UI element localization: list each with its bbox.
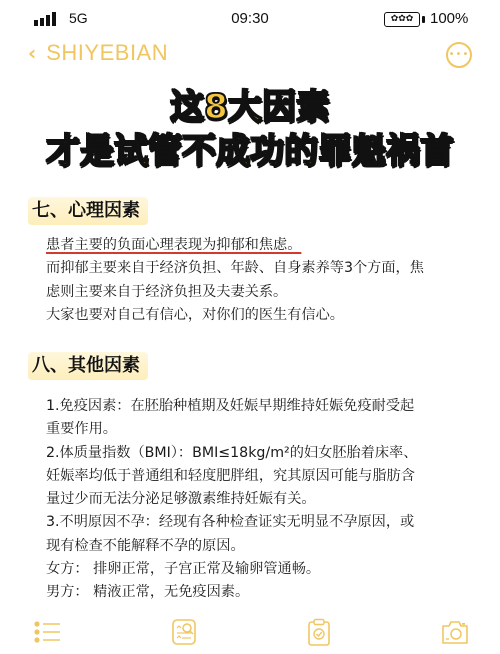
battery-icon: ✿✿✿ — [384, 12, 420, 27]
section-body-other: 1.免疫因素：在胚胎种植期及妊娠早期维持妊娠免疫耐受起 重要作用。 2.体质量指… — [46, 395, 466, 605]
camera-button[interactable] — [440, 618, 470, 646]
section-heading-psychological: 七、心理因素 — [28, 197, 148, 225]
clipboard-check-button[interactable] — [305, 618, 335, 646]
search-note-icon — [170, 618, 200, 646]
search-note-button[interactable] — [170, 618, 200, 646]
nav-title: SHIYEBIAN — [46, 40, 168, 66]
battery-percent: 100% — [430, 10, 468, 27]
status-bar: 5G 09:30 ✿✿✿ 100% — [0, 0, 500, 38]
text-line: 妊娠率均低于普通组和轻度肥胖组，究其原因可能与脂肪含 — [46, 465, 466, 488]
back-button[interactable]: ‹ SHIYEBIAN — [28, 40, 168, 66]
section-body-psychological: 患者主要的负面心理表现为抑郁和焦虑。 而抑郁主要来自于经济负担、年龄、自身素养等… — [46, 234, 466, 327]
more-button[interactable]: ••• — [446, 42, 472, 68]
text-line: 重要作用。 — [46, 418, 466, 441]
highlighted-line: 患者主要的负面心理表现为抑郁和焦虑。 — [46, 234, 466, 257]
text-line: 大家也要对自己有信心，对你们的医生有信心。 — [46, 304, 466, 327]
headline-line-2: 才是试管不成功的罪魁祸首 — [0, 129, 500, 173]
headline-line-1: 这8大因素 — [0, 85, 500, 129]
text-line: 现有检查不能解释不孕的原因。 — [46, 535, 466, 558]
text-line: 3.不明原因不孕：经现有各种检查证实无明显不孕原因，或 — [46, 511, 466, 534]
clipboard-check-icon — [305, 618, 335, 646]
text-line: 量过少而无法分泌足够激素维持妊娠有关。 — [46, 488, 466, 511]
more-icon: ••• — [449, 50, 470, 60]
camera-icon — [440, 618, 470, 646]
list-button[interactable] — [33, 618, 63, 646]
text-line: 而抑郁主要来自于经济负担、年龄、自身素养等3个方面，焦 — [46, 257, 466, 280]
list-icon — [33, 618, 63, 646]
section-heading-other: 八、其他因素 — [28, 352, 148, 380]
section-heading-text: 八、其他因素 — [32, 355, 140, 376]
text-line: 男方： 精液正常，无免疫因素。 — [46, 581, 466, 604]
clock: 09:30 — [0, 10, 500, 27]
text-line: 2.体质量指数（BMI）：BMI≤18kg/m²的妇女胚胎着床率、 — [46, 442, 466, 465]
text-line: 1.免疫因素：在胚胎种植期及妊娠早期维持妊娠免疫耐受起 — [46, 395, 466, 418]
chevron-left-icon: ‹ — [28, 43, 36, 63]
text-line: 虑则主要来自于经济负担及夫妻关系。 — [46, 281, 466, 304]
bottom-toolbar — [0, 612, 500, 654]
section-heading-text: 七、心理因素 — [32, 200, 140, 221]
headline: 这8大因素 才是试管不成功的罪魁祸首 — [0, 85, 500, 173]
battery-tip — [422, 16, 425, 23]
text-line: 女方： 排卵正常，子宫正常及输卵管通畅。 — [46, 558, 466, 581]
